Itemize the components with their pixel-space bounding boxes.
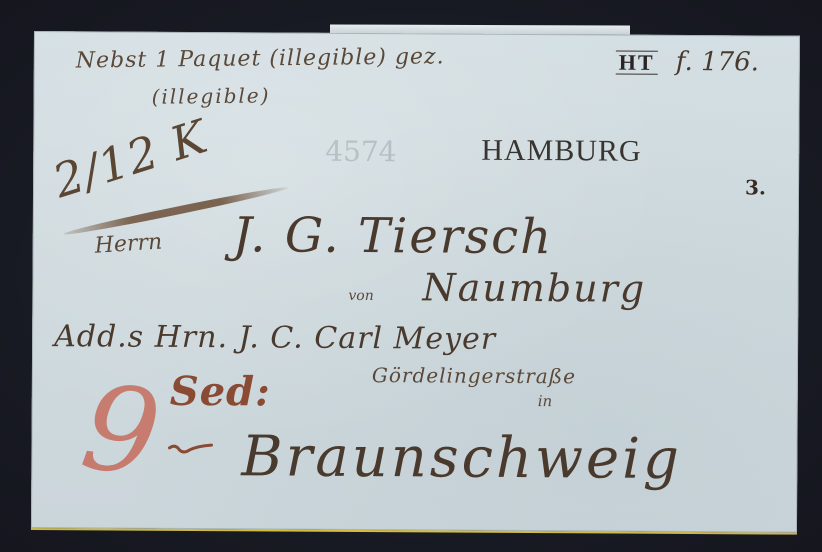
pencil-note: 4574 [325, 135, 396, 168]
red-crayon-numeral: 9 [75, 367, 166, 495]
address-care-of: Add.s Hrn. J. C. Carl Meyer [54, 319, 496, 357]
number-mark: 3. [745, 175, 766, 199]
address-destination: Braunschweig [241, 424, 682, 492]
ht-handstamp: HT [616, 51, 658, 75]
hamburg-postmark: HAMBURG [481, 134, 642, 169]
rate-marking: 2/12 K [47, 109, 214, 208]
handwritten-top-line: Nebst 1 Paquet (illegible) gez. [76, 44, 445, 73]
address-from-city: Naumburg [422, 265, 646, 310]
address-from-prefix: von [348, 288, 373, 304]
sed-note: Sed: [170, 368, 271, 416]
address-street: Gördelingerstraße [372, 363, 576, 388]
letter-cover: Nebst 1 Paquet (illegible) gez. (illegib… [31, 31, 800, 533]
handwritten-second-line: (illegible) [151, 83, 270, 108]
fee-note: f. 176. [676, 47, 759, 78]
address-recipient: J. G. Tiersch [233, 207, 554, 265]
flourish-mark-icon [167, 442, 213, 456]
address-salutation: Herrn [94, 229, 163, 258]
address-in: in [538, 392, 553, 410]
